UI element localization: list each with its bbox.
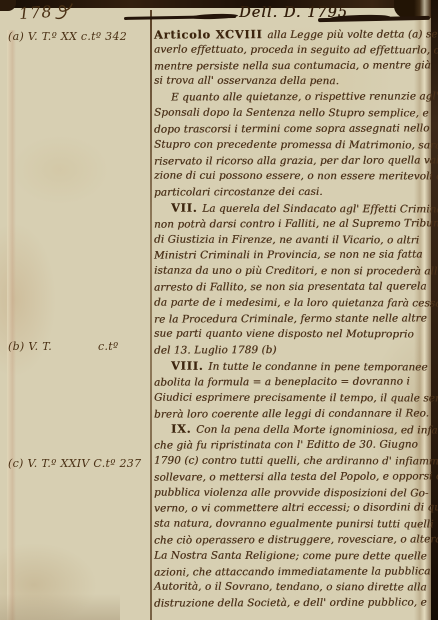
manuscript-line: VII. La querela del Sindacato agl' Effet… [154, 201, 430, 218]
manuscript-line: zione di cui possono essere, o non esser… [154, 169, 430, 186]
manuscript-line: del 13. Luglio 1789 (b) [154, 343, 430, 360]
manuscript-line: 1790 (c) contro tutti quelli, che ardira… [154, 454, 430, 471]
manuscript-line: mentre persiste nella sua contumacia, o … [154, 58, 430, 75]
manuscript-line: che già fu ripristinata con l' Editto de… [154, 438, 430, 455]
section-number: Articolo XCVIII [154, 27, 267, 41]
manuscript-line: da parte de i medesimi, e la loro quieta… [154, 295, 430, 312]
manuscript-line: dopo trascorsi i termini come sopra asse… [154, 121, 430, 138]
folio-flourish-icon [52, 0, 78, 26]
manuscript-text-block: Articolo XCVIII alla Legge più volte det… [154, 27, 430, 612]
manuscript-line: riservato il ricorso alla grazia, per da… [154, 153, 430, 170]
manuscript-line: IX. Con la pena della Morte ignominiosa,… [154, 422, 430, 439]
manuscript-line: azioni, che attaccando immediatamente la… [154, 564, 430, 581]
margin-note-b: (b) V. T. c.tº [8, 340, 148, 353]
margin-note-c: (c) V. T.º XXIV C.tº 237 [8, 457, 148, 470]
manuscript-line: verno, o vi commettere altri eccessi; o … [154, 501, 430, 518]
margin-note-c-label: (c) V. T.º XXIV C.tº 237 [8, 457, 141, 470]
manuscript-line: Giudici esprimere precisamente il tempo,… [154, 390, 430, 407]
manuscript-line: pubblica violenza alle provvide disposiz… [154, 485, 430, 502]
manuscript-line: Stupro con precedente promessa di Matrim… [154, 137, 430, 154]
manuscript-line: non potrà darsi contro i Falliti, ne al … [154, 216, 430, 233]
manuscript-line: Autorità, o il Sovrano, tendano, o siano… [154, 580, 430, 597]
margin-note-a-label: (a) V. T.º XX c.tº 342 [8, 30, 127, 43]
margin-note-a: (a) V. T.º XX c.tº 342 [8, 30, 148, 43]
header-ink-stroke-left-thick [190, 13, 238, 20]
margin-note-b-label2: c.tº [98, 340, 118, 353]
manuscript-line: si trova all' osservanza della pena. [154, 74, 430, 91]
manuscript-line: Ministri Criminali in Provincia, se non … [154, 248, 430, 265]
manuscript-line: re la Procedura Criminale, fermo stante … [154, 311, 430, 328]
manuscript-line: sue parti quanto viene disposto nel Motu… [154, 327, 430, 344]
manuscript-line: Sponsali dopo la Sentenza nello Stupro s… [154, 106, 430, 123]
margin-note-b-label: (b) V. T. [8, 340, 52, 353]
section-number: VIII. [171, 359, 208, 373]
manuscript-line: Articolo XCVIII alla Legge più volte det… [154, 26, 430, 43]
manuscript-line: E quanto alle quietanze, o rispettive re… [154, 90, 430, 107]
margin-rule-line [150, 10, 152, 620]
manuscript-line: averlo effettuato, proceda in seguito ad… [154, 42, 430, 59]
manuscript-line: arresto di Fallito, se non sia presentat… [154, 279, 430, 296]
manuscript-line: che ciò operassero e distruggere, rovesc… [154, 532, 430, 549]
scan-top-left-corner [0, 0, 16, 11]
section-number: VII. [171, 201, 202, 215]
folio-number: 178 [18, 2, 53, 23]
manuscript-line: particolari circostanze dei casi. [154, 185, 430, 202]
manuscript-line: di Giustizia in Firenze, ne avanti il Vi… [154, 232, 430, 249]
manuscript-line: distruzione della Società, e dell' ordin… [154, 596, 430, 613]
manuscript-line: sta natura, dovranno egualmente punirsi … [154, 517, 430, 534]
page-shadow-bottom [0, 594, 120, 620]
manuscript-line: istanza da uno o più Creditori, e non si… [154, 264, 430, 281]
manuscript-line: brerà loro coerente alle leggi di condan… [154, 406, 430, 423]
manuscript-line: VIII. In tutte le condanne in pene tempo… [154, 359, 430, 376]
manuscript-line: sollevare, o mettersi alla testa del Pop… [154, 469, 430, 486]
manuscript-page-scan: 178 Dell. D. 1795 (a) V. T.º XX c.tº 342… [0, 0, 438, 620]
manuscript-line: abolita la formula = a beneplacito = dov… [154, 374, 430, 391]
manuscript-line: La Nostra Santa Religione; come pure det… [154, 548, 430, 565]
page-edge-left [7, 30, 16, 620]
section-number: IX. [171, 422, 196, 436]
